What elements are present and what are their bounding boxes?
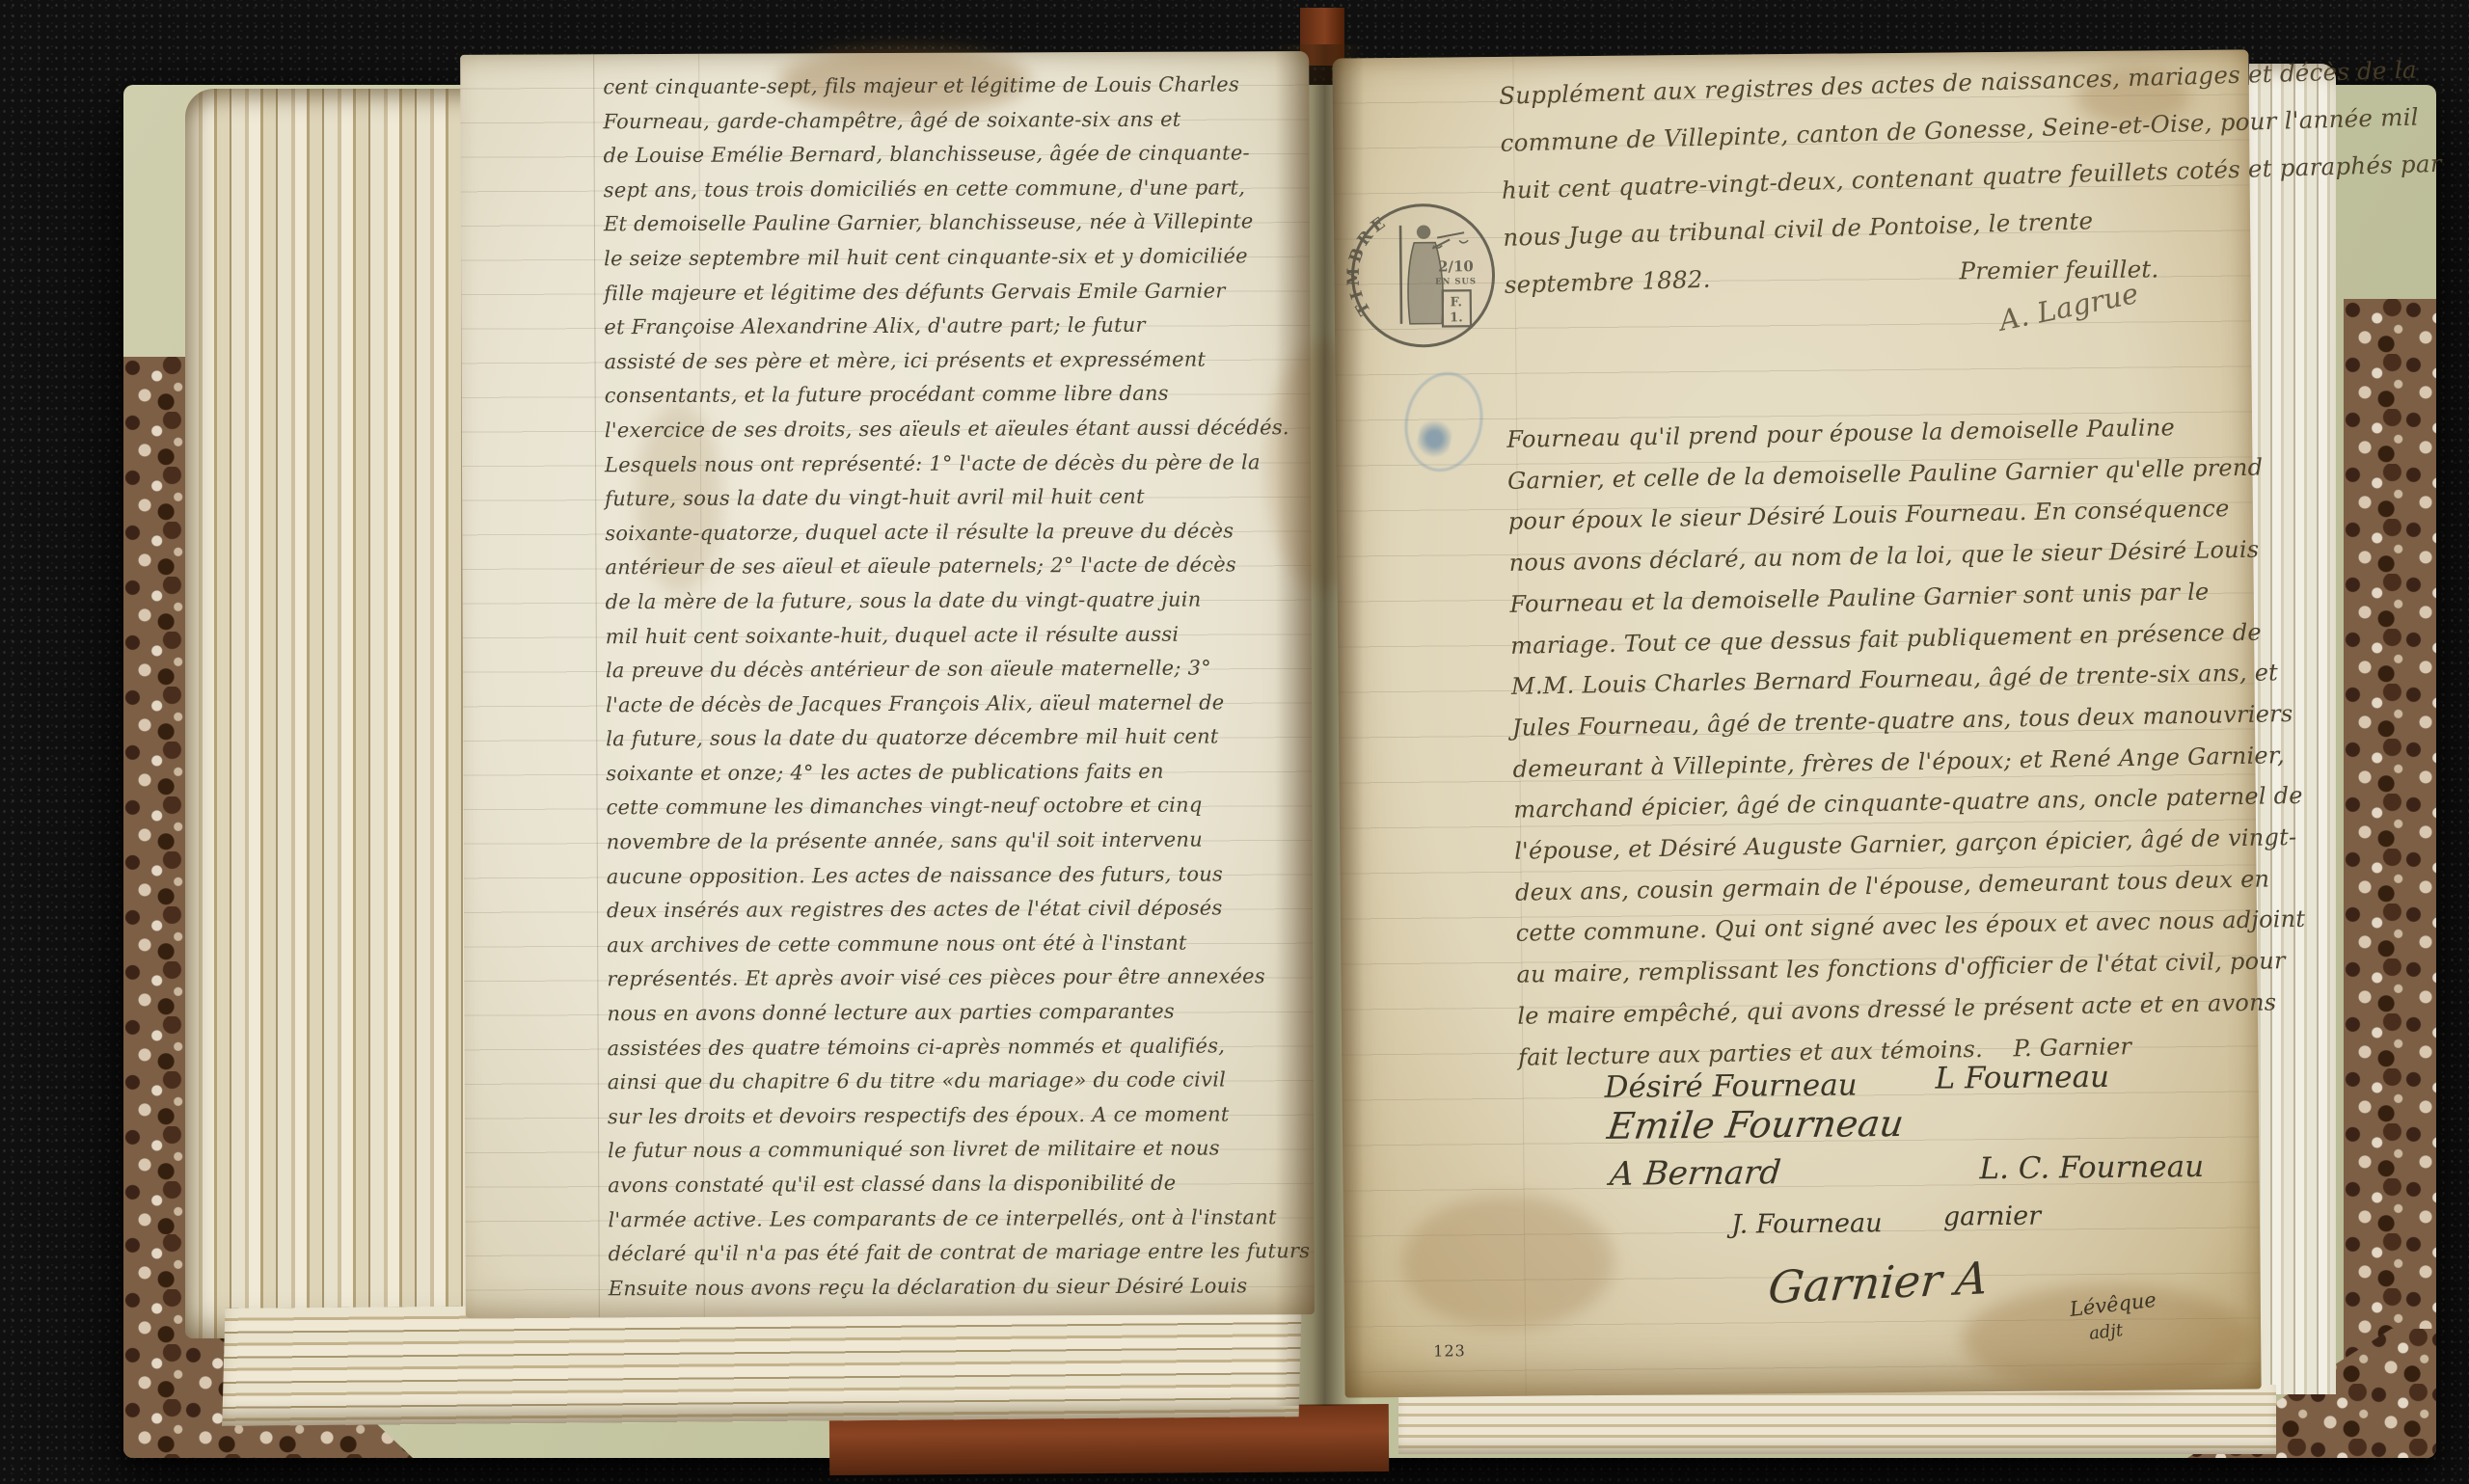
manuscript-line: la preuve du décès antérieur de son aïeu… bbox=[606, 651, 1296, 688]
manuscript-line: assisté de ses père et mère, ici présent… bbox=[604, 342, 1294, 380]
svg-text:F.: F. bbox=[1450, 295, 1462, 310]
manuscript-line: sur les droits et devoirs respectifs des… bbox=[608, 1097, 1298, 1135]
manuscript-line: nous en avons donné lecture aux parties … bbox=[607, 994, 1297, 1032]
manuscript-line: de Louise Emélie Bernard, blanchisseuse,… bbox=[604, 136, 1294, 174]
timbre-justice-stamp-icon: TIMBRE 2/10 EN SUS F. 1. bbox=[1345, 198, 1502, 354]
manuscript-line: assistées des quatre témoins ci-après no… bbox=[608, 1029, 1298, 1066]
manuscript-line: cette commune les dimanches vingt-neuf o… bbox=[606, 789, 1296, 826]
right-page-header: Supplément aux registres des actes de na… bbox=[1499, 49, 2312, 309]
signature-j-fourneau: J. Fourneau bbox=[1731, 1208, 1883, 1240]
signature-emile-fourneau: Emile Fourneau bbox=[1605, 1102, 1906, 1147]
svg-text:EN SUS: EN SUS bbox=[1435, 277, 1477, 286]
manuscript-line: ainsi que du chapitre 6 du titre «du mar… bbox=[608, 1063, 1298, 1100]
manuscript-line: Lesquels nous ont représenté: 1° l'acte … bbox=[605, 445, 1295, 483]
manuscript-line: soixante et onze; 4° les actes de public… bbox=[606, 754, 1296, 792]
folio-number: 123 bbox=[1433, 1341, 1466, 1360]
manuscript-line: Fourneau, garde-champêtre, âgé de soixan… bbox=[603, 102, 1293, 140]
register-photograph: cent cinquante-sept, fils majeur et légi… bbox=[0, 0, 2469, 1484]
signature-desire-fourneau: Désiré Fourneau bbox=[1604, 1067, 1857, 1105]
signature-garnier-witness: garnier bbox=[1943, 1201, 2041, 1232]
manuscript-line: de la mère de la future, sous la date du… bbox=[606, 582, 1296, 620]
signature-l-fourneau: L Fourneau bbox=[1935, 1060, 2109, 1096]
manuscript-line: novembre de la présente année, sans qu'i… bbox=[607, 823, 1297, 860]
manuscript-line: sept ans, tous trois domiciliés en cette… bbox=[604, 171, 1294, 208]
manuscript-line: avons constaté qu'il est classé dans la … bbox=[608, 1166, 1298, 1203]
left-page-text: cent cinquante-sept, fils majeur et légi… bbox=[603, 67, 1299, 1306]
stain bbox=[1401, 1194, 1614, 1331]
left-page: cent cinquante-sept, fils majeur et légi… bbox=[460, 51, 1315, 1318]
page-edges-bottom-left bbox=[222, 1299, 1301, 1426]
signature-leveque: Lévêque bbox=[2069, 1288, 2157, 1321]
manuscript-line: l'exercice de ses droits, ses aïeuls et … bbox=[605, 411, 1295, 448]
svg-text:1.: 1. bbox=[1450, 310, 1463, 325]
manuscript-line: représentés. Et après avoir visé ces piè… bbox=[607, 960, 1297, 998]
manuscript-line: fille majeure et légitime des défunts Ge… bbox=[604, 274, 1294, 311]
marbled-paper-right bbox=[2344, 299, 2436, 1458]
manuscript-line: l'acte de décès de Jacques François Alix… bbox=[606, 686, 1296, 723]
manuscript-line: aucune opposition. Les actes de naissanc… bbox=[607, 857, 1297, 895]
manuscript-line: Ensuite nous avons reçu la déclaration d… bbox=[609, 1269, 1299, 1307]
left-margin-rule-1 bbox=[593, 54, 600, 1317]
manuscript-line: déclaré qu'il n'a pas été fait de contra… bbox=[608, 1234, 1298, 1272]
signature-adjoint-title: adjt bbox=[2088, 1320, 2124, 1344]
signature-a-bernard: A Bernard bbox=[1609, 1153, 1783, 1194]
page-edges-left bbox=[185, 89, 484, 1338]
manuscript-line: le futur nous a communiqué son livret de… bbox=[608, 1132, 1298, 1170]
manuscript-line: aux archives de cette commune nous ont é… bbox=[607, 926, 1297, 963]
manuscript-line: Et demoiselle Pauline Garnier, blanchiss… bbox=[604, 205, 1294, 243]
right-page: TIMBRE 2/10 EN SUS F. 1. Supplément aux … bbox=[1332, 49, 2261, 1397]
manuscript-line: mil huit cent soixante-huit, duquel acte… bbox=[606, 617, 1296, 655]
manuscript-line: la future, sous la date du quatorze déce… bbox=[606, 719, 1296, 757]
svg-text:2/10: 2/10 bbox=[1438, 257, 1474, 275]
manuscript-line: cent cinquante-sept, fils majeur et légi… bbox=[603, 67, 1293, 105]
manuscript-line: et Françoise Alexandrine Alix, d'autre p… bbox=[604, 308, 1294, 345]
signature-lc-fourneau: L. C. Fourneau bbox=[1979, 1149, 2204, 1186]
manuscript-line: soixante-quatorze, duquel acte il résult… bbox=[605, 514, 1295, 552]
manuscript-line: future, sous la date du vingt-huit avril… bbox=[605, 479, 1295, 517]
manuscript-line: l'armée active. Les comparants de ce int… bbox=[608, 1201, 1298, 1238]
right-page-body: Fourneau qu'il prend pour épouse la demo… bbox=[1506, 405, 2299, 1078]
manuscript-line: deux insérés aux registres des actes de … bbox=[607, 891, 1297, 929]
blue-oval-stamp-icon bbox=[1396, 365, 1491, 479]
manuscript-line: consentants, et la future procédant comm… bbox=[605, 376, 1295, 414]
manuscript-line: le seize septembre mil huit cent cinquan… bbox=[604, 239, 1294, 277]
signature-garnier-large: Garnier A bbox=[1766, 1252, 1991, 1313]
manuscript-line: antérieur de ses aïeul et aïeule paterne… bbox=[605, 548, 1295, 585]
